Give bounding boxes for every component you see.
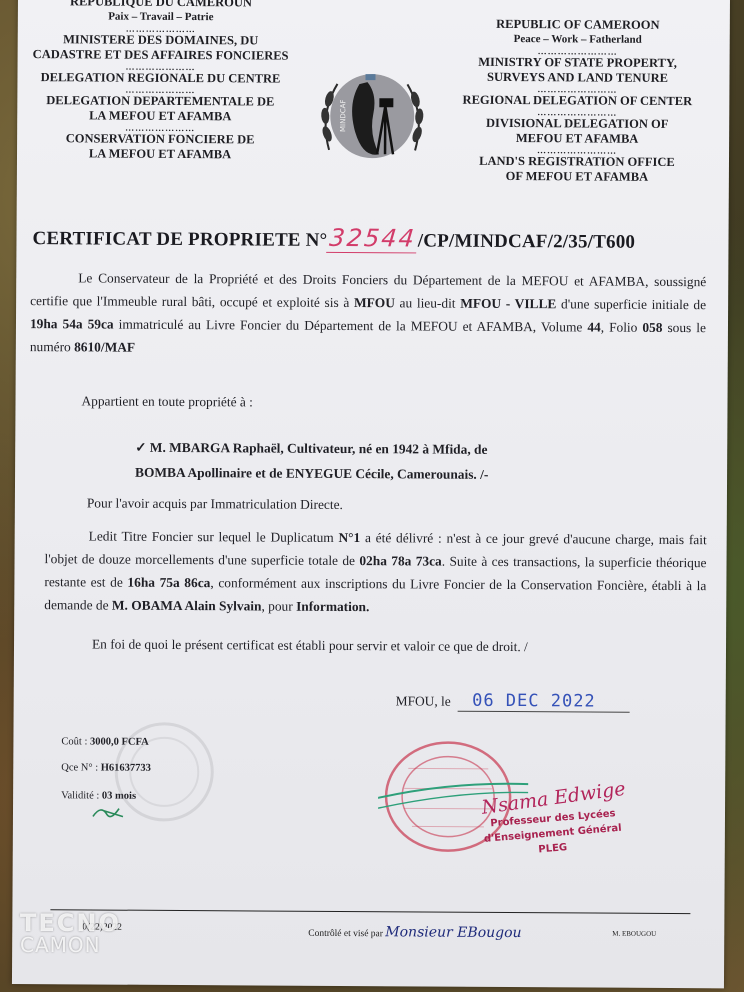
request-purpose: Information. (296, 599, 369, 614)
footer-right-reference: M. EBOUGOU (612, 930, 656, 938)
controle-handwritten: Monsieur EBougou (385, 924, 521, 941)
requester-name: M. OBAMA Alain Sylvain (112, 598, 262, 614)
cost-label: Coût : (61, 736, 90, 747)
check-icon: ✓ (135, 440, 146, 455)
footer-divider (50, 909, 690, 914)
place-and-date: MFOU, le 06 DEC 2022 (396, 690, 630, 711)
qce-label: Qce N° : (61, 762, 101, 773)
controle-label: Contrôlé et visé par (308, 929, 383, 939)
initial-area: 19ha 54a 59ca (30, 316, 114, 332)
place-label: MFOU, le (396, 693, 451, 708)
subdivided-area: 02ha 78a 73ca (359, 553, 441, 569)
duplicatum-number: N°1 (338, 530, 360, 545)
watermark-model: CAMON (20, 934, 121, 956)
country-en: REPUBLIC OF CAMEROON (448, 17, 708, 34)
signature-block: Nsama Edwige Professeur des Lycées d'Ens… (433, 787, 673, 855)
lieu-dit: MFOU - VILLE (460, 296, 556, 312)
green-initials-icon (89, 802, 129, 822)
date-stamp: 06 DEC 2022 (458, 691, 630, 713)
property-location: MFOU (354, 295, 395, 310)
closing-statement: En foi de quoi le présent certificat est… (92, 632, 528, 658)
title-suffix: /CP/MINDCAF/2/35/T600 (418, 230, 636, 252)
svg-text:MINDCAF: MINDCAF (339, 100, 347, 132)
remaining-area: 16ha 75a 86ca (127, 575, 210, 591)
header-left: REPUBLIQUE DU CAMEROUN Paix – Travail – … (25, 0, 296, 163)
controle-line: Contrôlé et visé par Monsieur EBougou (308, 924, 521, 941)
handwritten-certificate-number: 32544 (326, 224, 419, 254)
ministry-en-1: MINISTRY OF STATE PROPERTY, (448, 55, 708, 72)
ownership-intro: Appartient en toute propriété à : (81, 389, 253, 413)
text: , pour (261, 598, 296, 613)
owner-line-1: M. MBARGA Raphaël, Cultivateur, né en 19… (150, 440, 488, 457)
owner-line-2: BOMBA Apollinaire et de ENYEGUE Cécile, … (135, 465, 488, 482)
encumbrance-paragraph: Ledit Titre Foncier sur lequel le Duplic… (44, 524, 707, 620)
text: au lieu-dit (395, 295, 460, 310)
conservation-fr-2: LA MEFOU ET AFAMBA (25, 146, 295, 163)
folio-number: 058 (642, 320, 662, 335)
title-prefix: CERTIFICAT DE PROPRIETE N° (32, 228, 327, 251)
validity-label: Validité : (61, 790, 102, 801)
header-right: REPUBLIC OF CAMEROON Peace – Work – Fath… (447, 17, 708, 186)
departmental-fr-1: DELEGATION DEPARTEMENTALE DE (25, 93, 295, 110)
camera-watermark: TECNO CAMON (20, 912, 121, 956)
mindcaf-logo-icon: MINDCAF (307, 54, 438, 183)
acquisition-statement: Pour l'avoir acquis par Immatriculation … (87, 491, 343, 516)
text: , Folio (601, 320, 643, 335)
certificate-title: CERTIFICAT DE PROPRIETE N°32544/CP/MINDC… (32, 222, 635, 255)
text: d'une superficie initiale de (556, 296, 706, 312)
owner-details: ✓ M. MBARGA Raphaël, Cultivateur, né en … (135, 435, 695, 488)
certificate-document: REPUBLIQUE DU CAMEROUN Paix – Travail – … (12, 0, 730, 988)
registration-en-2: OF MEFOU ET AFAMBA (447, 169, 707, 186)
divisional-en-1: DIVISIONAL DELEGATION OF (447, 116, 707, 133)
conservation-fr-1: CONSERVATION FONCIERE DE (25, 131, 295, 148)
registration-en-1: LAND'S REGISTRATION OFFICE (447, 154, 707, 171)
watermark-brand: TECNO (20, 912, 121, 934)
text: immatriculé au Livre Foncier du Départem… (114, 317, 588, 335)
registration-number: 8610/MAF (74, 339, 135, 354)
volume-number: 44 (587, 319, 600, 334)
text: Ledit Titre Foncier sur lequel le Duplic… (89, 528, 339, 545)
ministry-fr-1: MINISTERE DES DOMAINES, DU (26, 32, 296, 49)
certification-paragraph: Le Conservateur de la Propriété et des D… (30, 266, 707, 362)
